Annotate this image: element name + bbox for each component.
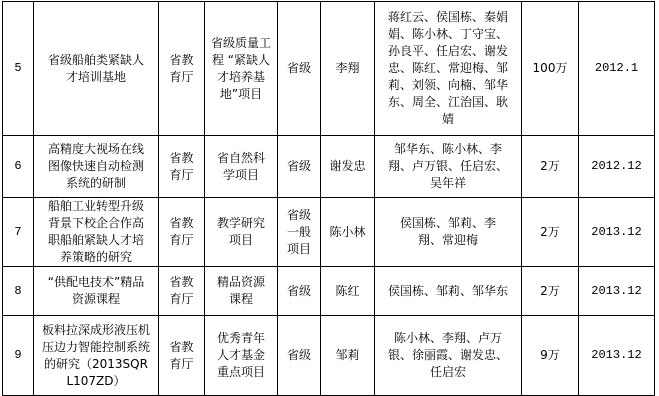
project-category: 省自然科学项目 bbox=[205, 136, 278, 198]
project-members: 蒋红云、侯国栋、秦娟娟、陈小林、丁守宝、孙良平、任启宏、谢发忠、陈红、常迎梅、邹… bbox=[375, 2, 522, 136]
date: 2013.12 bbox=[579, 316, 655, 396]
funding: 100万 bbox=[522, 2, 579, 136]
project-name: 省级船舶类紧缺人才培训基地 bbox=[34, 2, 159, 136]
row-index: 5 bbox=[3, 2, 34, 136]
project-members: 侯国栋、邹莉、邹华东 bbox=[375, 267, 522, 316]
table-row: 8 “供配电技术”精品资源课程 省教育厅 精品资源课程 省级 陈红 侯国栋、邹莉… bbox=[3, 267, 655, 316]
date: 2013.12 bbox=[579, 267, 655, 316]
funding: 2万 bbox=[522, 136, 579, 198]
row-index: 8 bbox=[3, 267, 34, 316]
project-level: 省级 bbox=[278, 267, 321, 316]
project-leader: 李翔 bbox=[321, 2, 375, 136]
department: 省教育厅 bbox=[159, 198, 205, 267]
table-row: 6 高精度大视场在线图像快速自动检测系统的研制 省教育厅 省自然科学项目 省级 … bbox=[3, 136, 655, 198]
project-level: 省级一般项目 bbox=[278, 198, 321, 267]
project-category: 精品资源课程 bbox=[205, 267, 278, 316]
project-level: 省级 bbox=[278, 136, 321, 198]
department: 省教育厅 bbox=[159, 316, 205, 396]
project-leader: 陈小林 bbox=[321, 198, 375, 267]
table-row: 5 省级船舶类紧缺人才培训基地 省教育厅 省级质量工程 “紧缺人才培养基地”项目… bbox=[3, 2, 655, 136]
table-row: 9 板料拉深成形液压机压边力智能控制系统的研究（2013SQRL107ZD） 省… bbox=[3, 316, 655, 396]
projects-table: 5 省级船舶类紧缺人才培训基地 省教育厅 省级质量工程 “紧缺人才培养基地”项目… bbox=[2, 1, 655, 396]
department: 省教育厅 bbox=[159, 267, 205, 316]
project-category: 省级质量工程 “紧缺人才培养基地”项目 bbox=[205, 2, 278, 136]
project-name: “供配电技术”精品资源课程 bbox=[34, 267, 159, 316]
project-leader: 陈红 bbox=[321, 267, 375, 316]
project-name: 高精度大视场在线图像快速自动检测系统的研制 bbox=[34, 136, 159, 198]
funding: 2万 bbox=[522, 198, 579, 267]
project-members: 陈小林、李翔、卢万银、徐丽霞、谢发忠、任启宏 bbox=[375, 316, 522, 396]
date: 2013.12 bbox=[579, 198, 655, 267]
table-row: 7 船舶工业转型升级背景下校企合作高职船舶紧缺人才培养策略的研究 省教育厅 教学… bbox=[3, 198, 655, 267]
project-members: 邹华东、陈小林、李翔、卢万银、任启宏、吴年祥 bbox=[375, 136, 522, 198]
project-category: 优秀青年人才基金重点项目 bbox=[205, 316, 278, 396]
project-leader: 谢发忠 bbox=[321, 136, 375, 198]
date: 2012.12 bbox=[579, 136, 655, 198]
funding: 2万 bbox=[522, 267, 579, 316]
project-category: 教学研究项目 bbox=[205, 198, 278, 267]
project-members: 侯国栋、邹莉、李翔、常迎梅 bbox=[375, 198, 522, 267]
project-leader: 邹莉 bbox=[321, 316, 375, 396]
row-index: 7 bbox=[3, 198, 34, 267]
project-name: 船舶工业转型升级背景下校企合作高职船舶紧缺人才培养策略的研究 bbox=[34, 198, 159, 267]
project-name: 板料拉深成形液压机压边力智能控制系统的研究（2013SQRL107ZD） bbox=[34, 316, 159, 396]
funding: 9万 bbox=[522, 316, 579, 396]
row-index: 6 bbox=[3, 136, 34, 198]
department: 省教育厅 bbox=[159, 2, 205, 136]
project-level: 省级 bbox=[278, 2, 321, 136]
department: 省教育厅 bbox=[159, 136, 205, 198]
project-level: 省级 bbox=[278, 316, 321, 396]
row-index: 9 bbox=[3, 316, 34, 396]
date: 2012.1 bbox=[579, 2, 655, 136]
